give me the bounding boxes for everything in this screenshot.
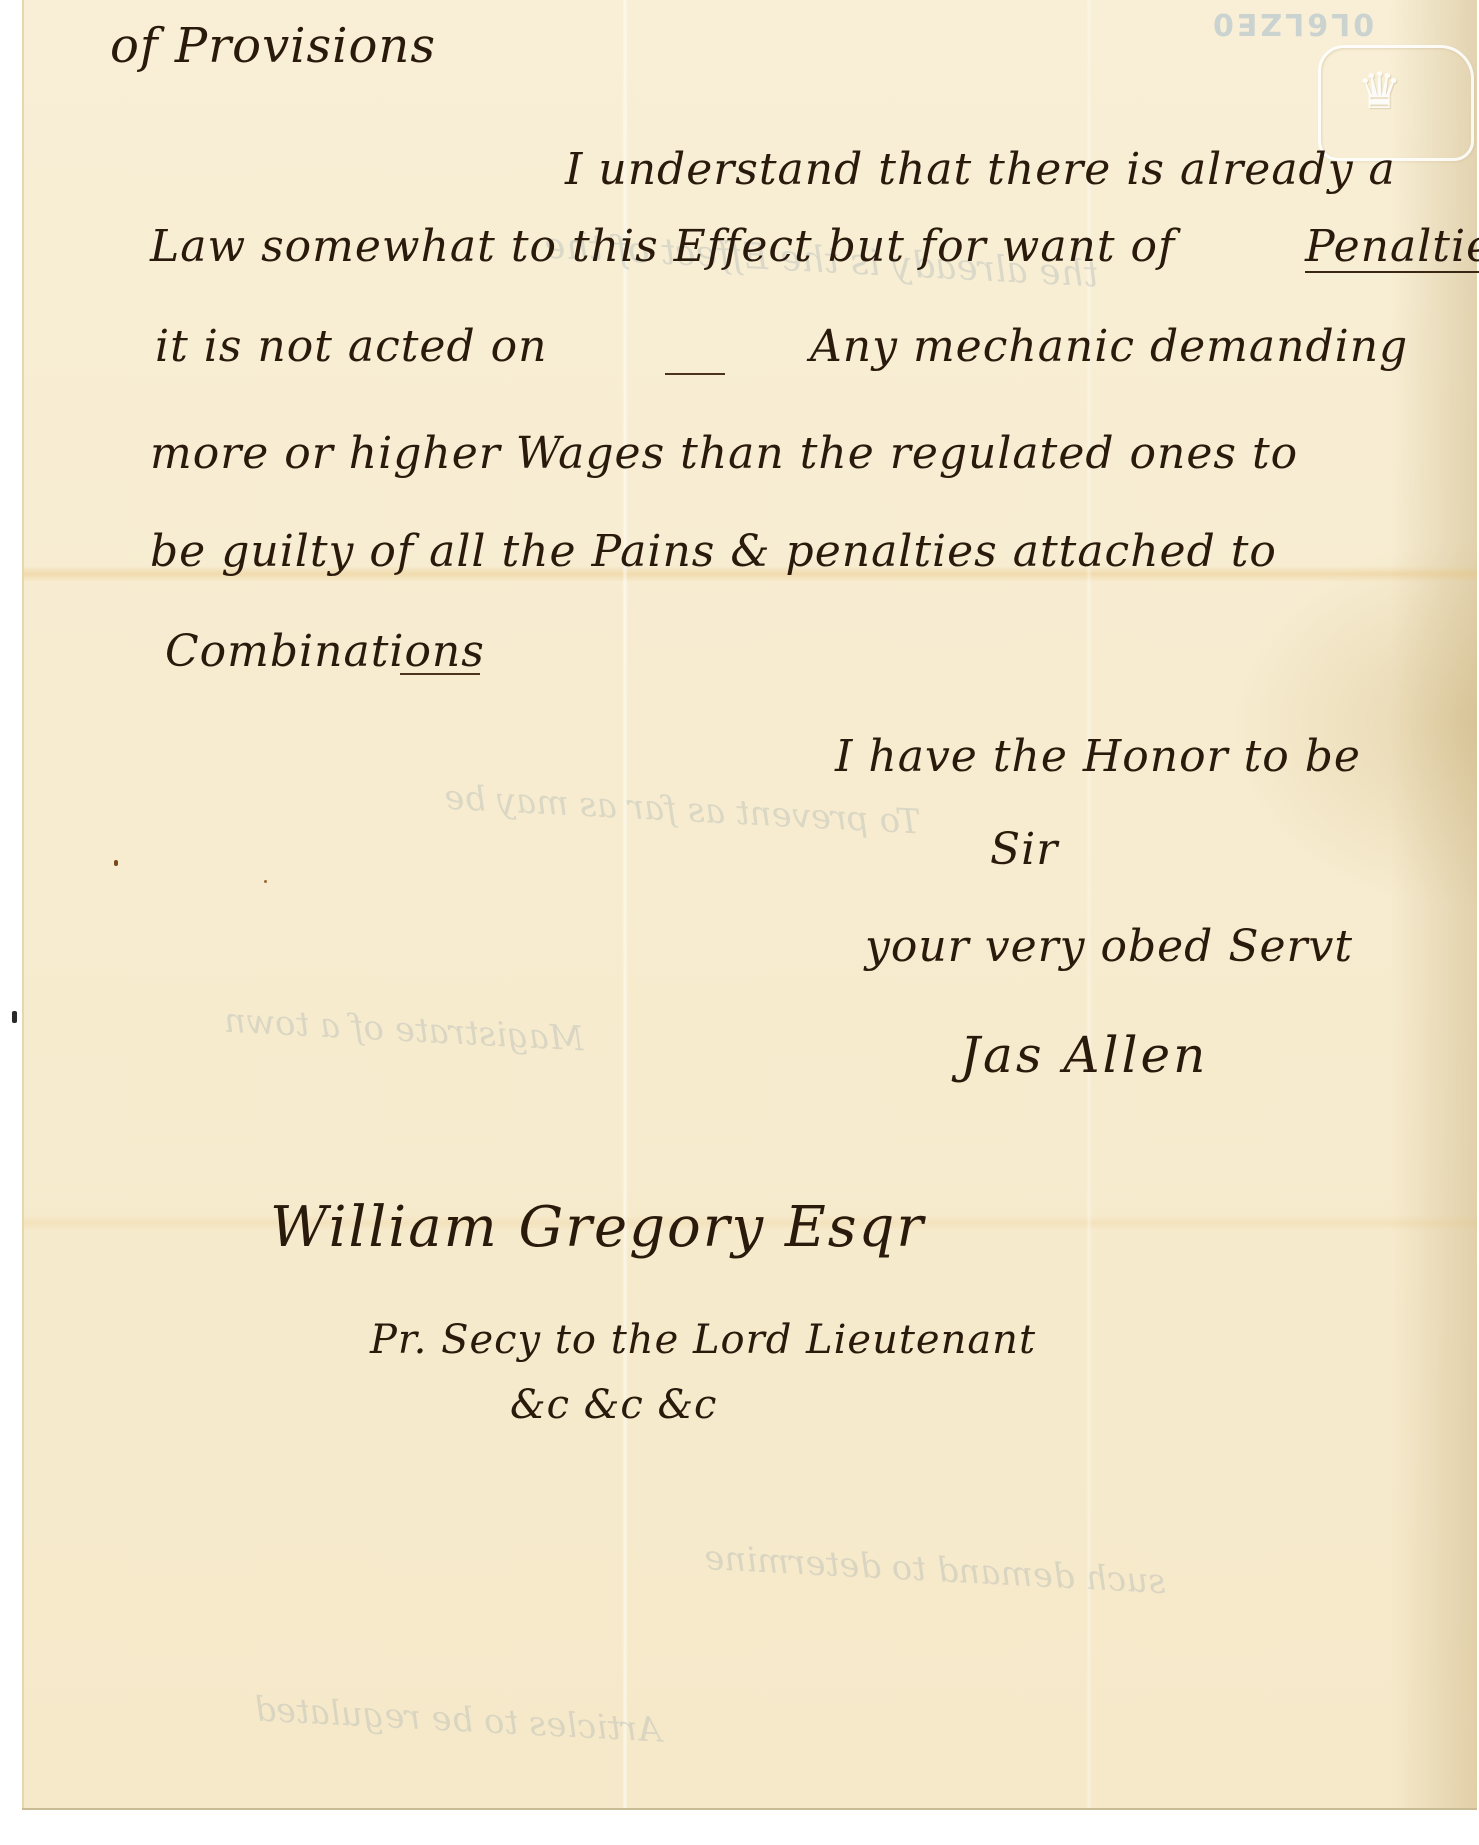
signature: Jas Allen [960, 1030, 1208, 1080]
body-line-underlined: Penalties [1305, 225, 1479, 273]
dash-stroke [400, 673, 480, 675]
scan-artifact [12, 1011, 17, 1023]
body-line: of Provisions [110, 22, 436, 70]
archive-number: 0L6LZE0 [1210, 6, 1374, 41]
recipient-etc: &c &c &c [510, 1385, 717, 1425]
body-line: I understand that there is already a [565, 148, 1396, 192]
body-line: Any mechanic demanding [810, 325, 1408, 369]
closing-line: your very obed Servt [865, 925, 1353, 969]
bleed-through-text: such demand to determine [703, 1538, 1166, 1602]
paper-stain [264, 880, 267, 883]
bleed-through-text: Articles to be regulated [253, 1689, 663, 1750]
bleed-through-text: Magistrate of a town [223, 1001, 585, 1060]
recipient-title: Pr. Secy to the Lord Lieutenant [370, 1320, 1036, 1360]
body-line: Combinations [165, 630, 485, 674]
recipient-name: William Gregory Esqr [270, 1200, 925, 1256]
crown-icon: ♛ [1357, 66, 1402, 116]
body-line: Law somewhat to this Effect but for want… [150, 225, 1175, 269]
body-line: be guilty of all the Pains & penalties a… [150, 530, 1277, 574]
body-line: more or higher Wages than the regulated … [150, 432, 1298, 476]
paper-stain [114, 860, 118, 866]
body-line: it is not acted on [155, 325, 547, 369]
closing-line: I have the Honor to be [835, 735, 1361, 779]
bleed-through-text: To prevent as far as may be [443, 778, 921, 843]
closing-salutation: Sir [990, 828, 1058, 872]
dash-stroke [665, 373, 725, 375]
